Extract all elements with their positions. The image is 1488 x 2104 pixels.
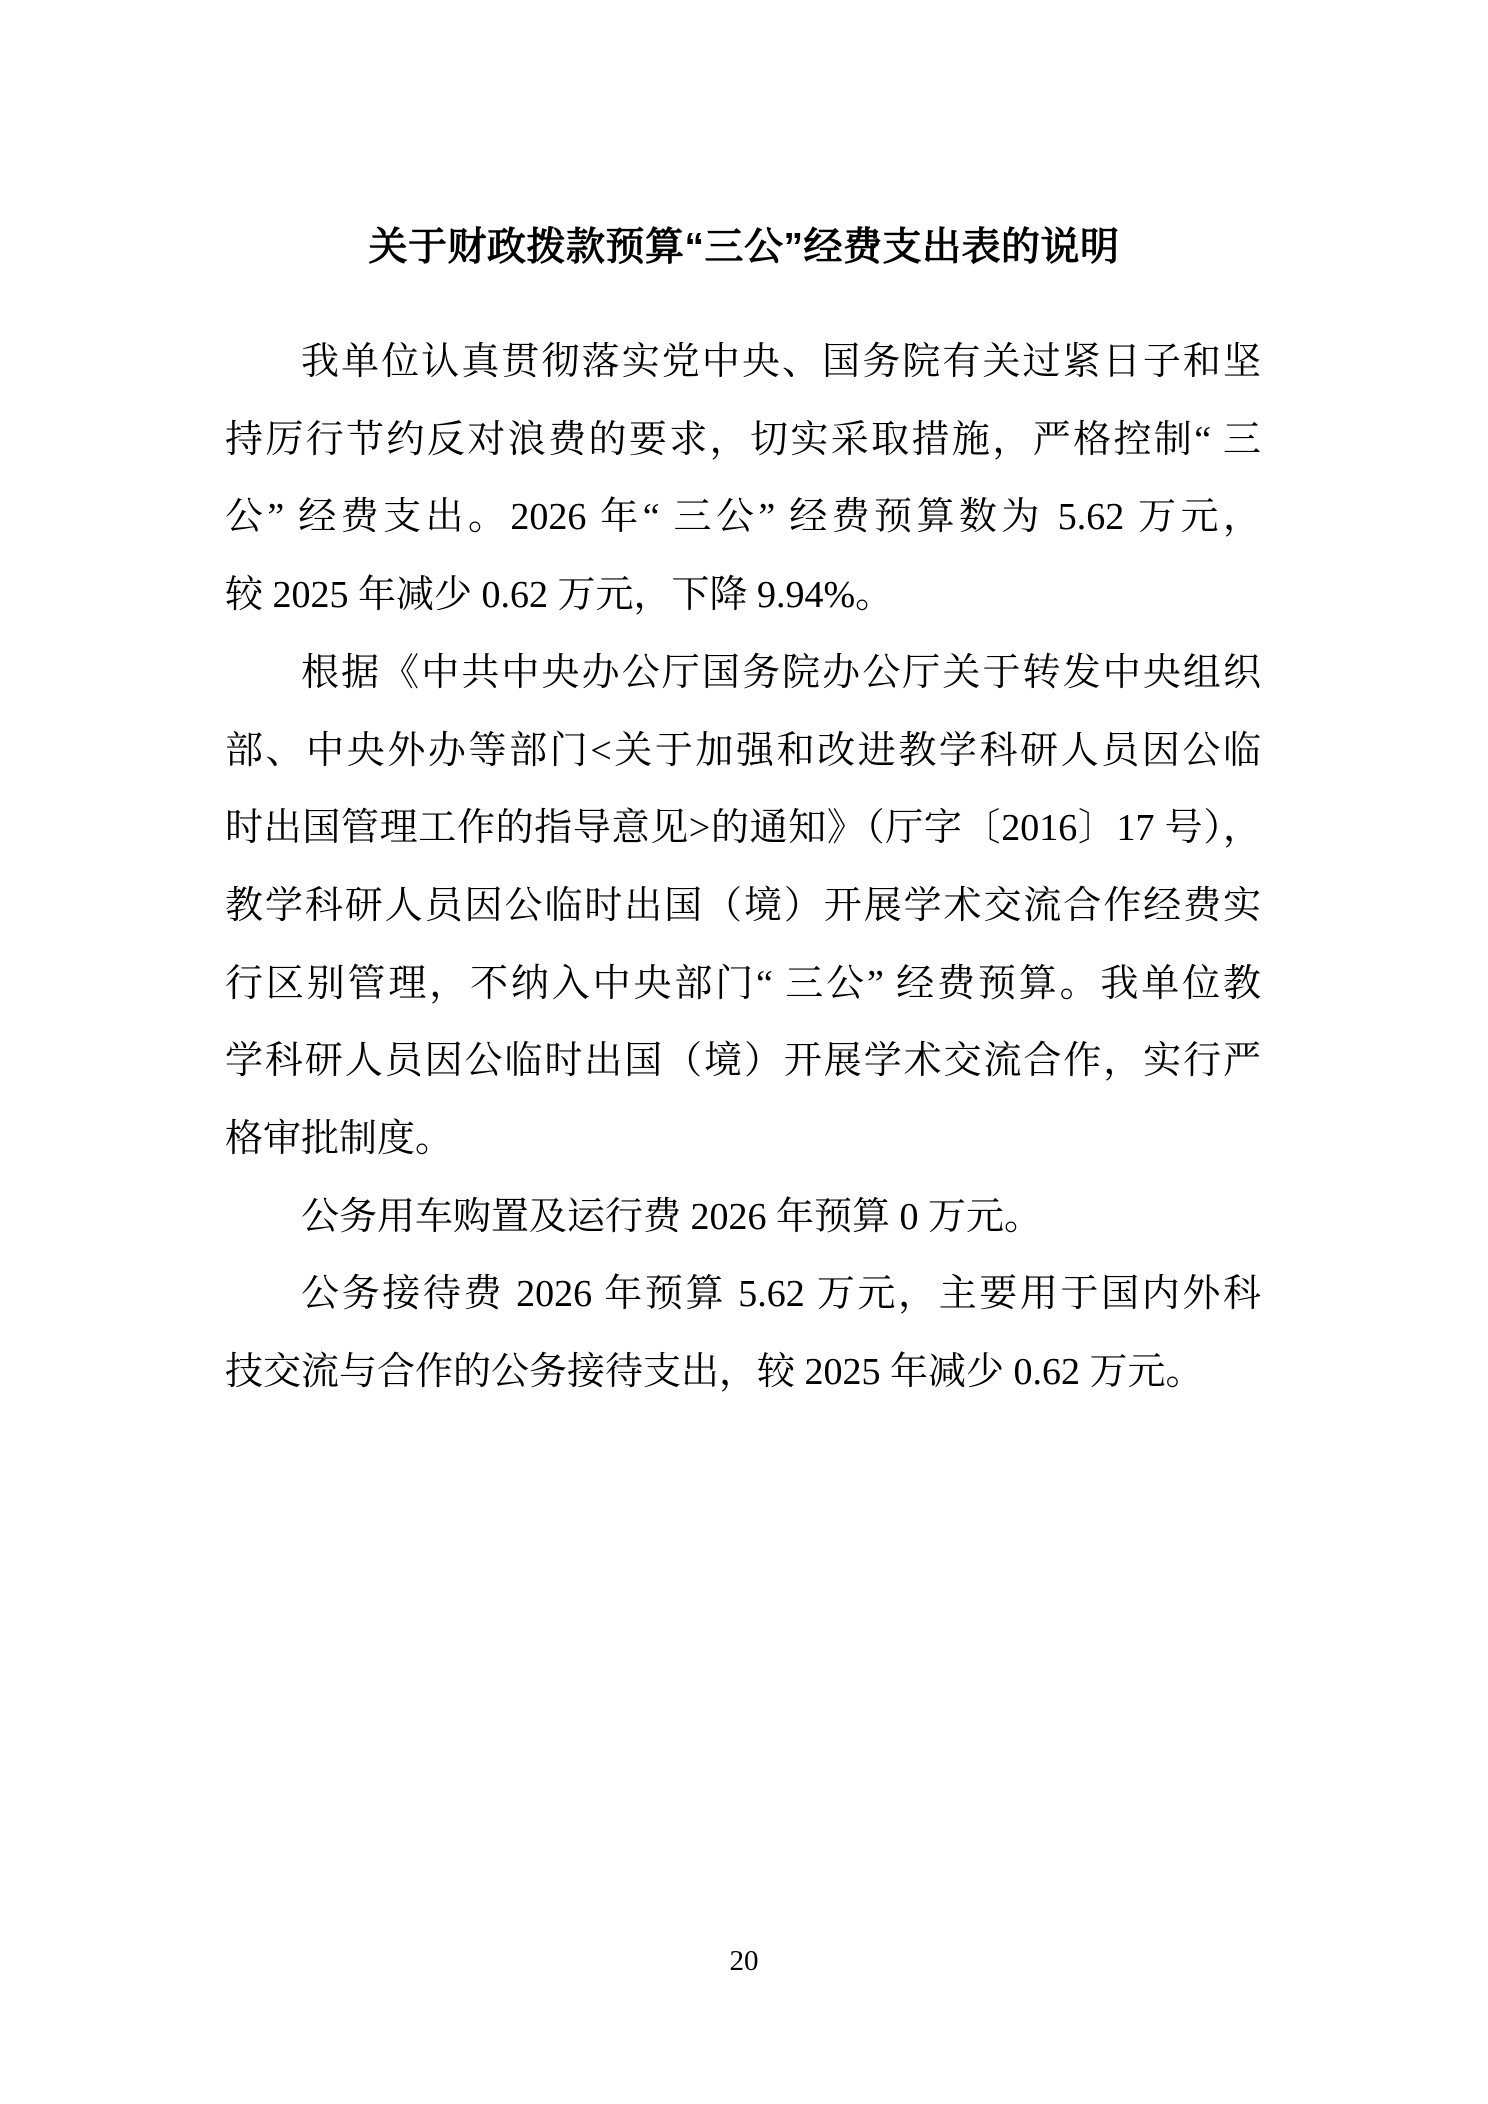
text-line: 时出国管理工作的指导意见>的通知》（厅字〔2016〕17 号），: [225, 790, 1261, 868]
text-line: 我单位认真贯彻落实党中央、国务院有关过紧日子和坚: [225, 324, 1261, 402]
text-line: 公务接待费 2026 年预算 5.62 万元，主要用于国内外科: [225, 1256, 1261, 1334]
document-title: 关于财政拨款预算“三公”经费支出表的说明: [0, 0, 1488, 272]
text-line: 较 2025 年减少 0.62 万元，下降 9.94%。: [225, 557, 1261, 635]
text-line: 公” 经费支出。2026 年“ 三公” 经费预算数为 5.62 万元，: [225, 479, 1261, 557]
text-line: 学科研人员因公临时出国（境）开展学术交流合作，实行严: [225, 1023, 1261, 1101]
text-line: 根据《中共中央办公厅国务院办公厅关于转发中央组织: [225, 635, 1261, 713]
text-line: 持厉行节约反对浪费的要求，切实采取措施，严格控制“ 三: [225, 402, 1261, 480]
text-line: 格审批制度。: [225, 1101, 1261, 1179]
page-number: 20: [0, 1944, 1488, 1978]
document-body: 我单位认真贯彻落实党中央、国务院有关过紧日子和坚持厉行节约反对浪费的要求，切实采…: [225, 324, 1261, 1412]
text-line: 教学科研人员因公临时出国（境）开展学术交流合作经费实: [225, 868, 1261, 946]
text-line: 公务用车购置及运行费 2026 年预算 0 万元。: [225, 1179, 1261, 1257]
text-line: 行区别管理，不纳入中央部门“ 三公” 经费预算。我单位教: [225, 946, 1261, 1024]
text-line: 部、中央外办等部门<关于加强和改进教学科研人员因公临: [225, 713, 1261, 791]
text-line: 技交流与合作的公务接待支出，较 2025 年减少 0.62 万元。: [225, 1334, 1261, 1412]
document-page: 关于财政拨款预算“三公”经费支出表的说明 我单位认真贯彻落实党中央、国务院有关过…: [0, 0, 1488, 2104]
